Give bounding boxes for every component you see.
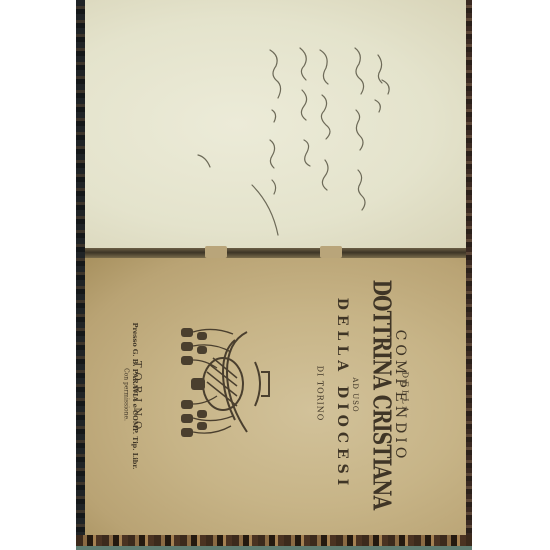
coat-of-arms-icon [175, 322, 275, 447]
title-ad-uso: AD USO [351, 355, 359, 435]
table-surface [76, 546, 472, 550]
title-di-torino: DI TORINO [316, 344, 325, 444]
imprint-permission: Con permissione. [123, 335, 130, 455]
title-della: DELLA [401, 344, 410, 444]
imprint-publisher: Presso G. B. PARAVIA e COMP. Tip. Libr. [131, 321, 139, 471]
title-della-diocesi: DELLA DIOCESI [334, 294, 350, 494]
title-dottrina-cristiana: DOTTRINA CRISTIANA [368, 278, 397, 512]
handwriting-inscription [0, 0, 550, 260]
